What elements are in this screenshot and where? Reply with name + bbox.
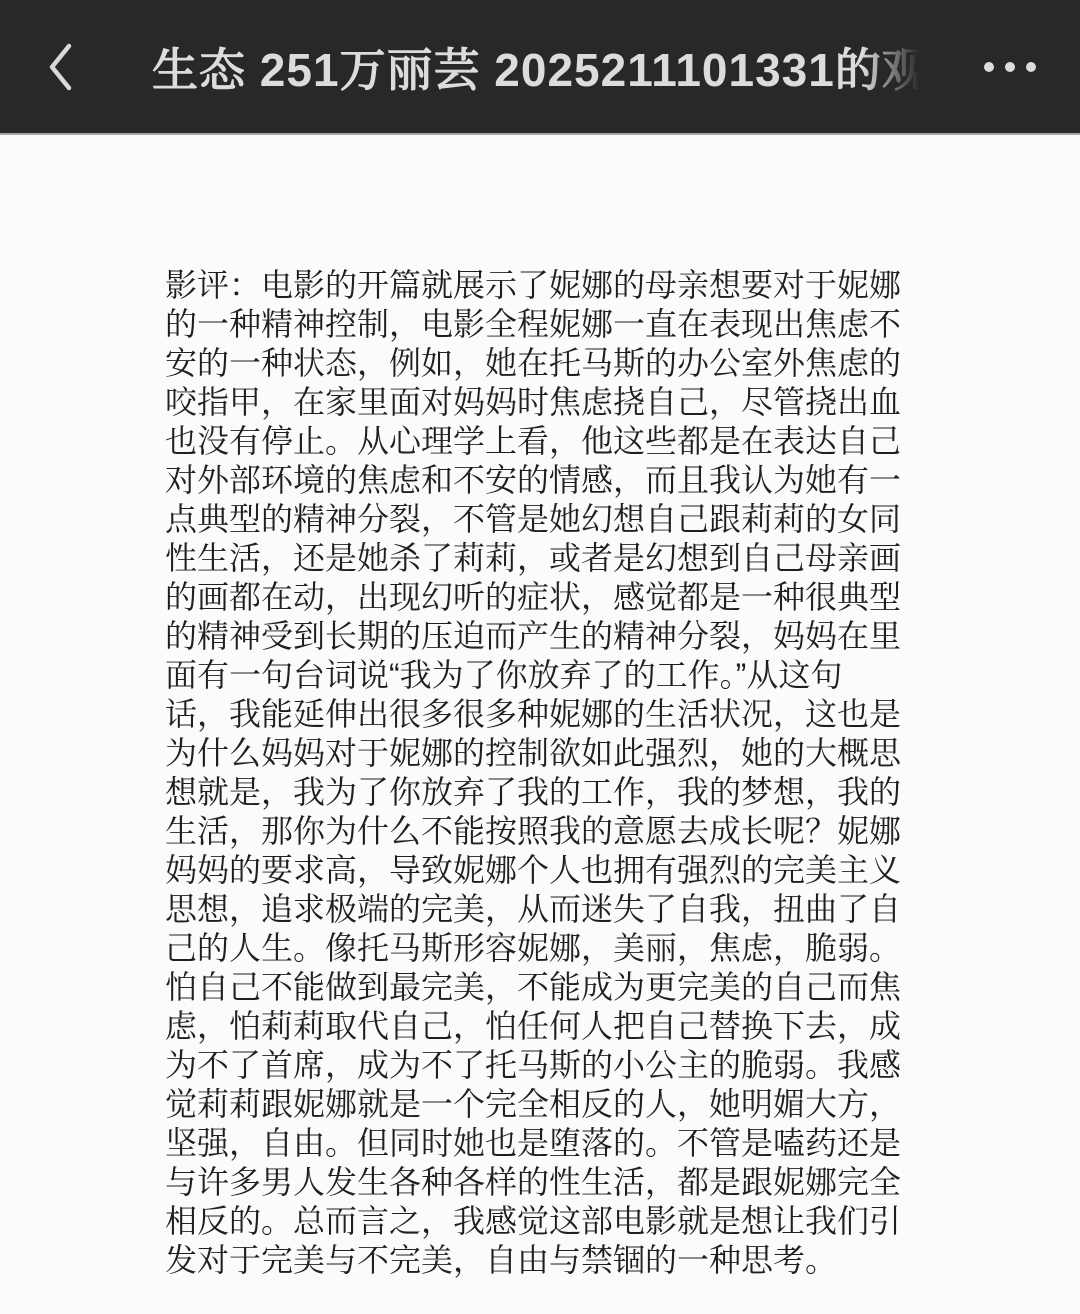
text-line: 发对于完美与不完美，自由与禁锢的一种思考。	[165, 1241, 940, 1280]
text-line: 与许多男人发生各种各样的性生活，都是跟妮娜完全	[165, 1163, 940, 1202]
text-line: 妈妈的要求高，导致妮娜个人也拥有强烈的完美主义	[165, 851, 940, 890]
text-line: 为什么妈妈对于妮娜的控制欲如此强烈，她的大概思	[165, 734, 940, 773]
text-line: 想就是，我为了你放弃了我的工作，我的梦想，我的	[165, 773, 940, 812]
more-options-button[interactable]	[984, 40, 1036, 94]
text-line: 觉莉莉跟妮娜就是一个完全相反的人，她明媚大方，	[165, 1085, 940, 1124]
text-line: 思想，追求极端的完美，从而迷失了自我，扭曲了自	[165, 890, 940, 929]
chevron-left-icon	[45, 41, 77, 93]
top-bar: 生态 251万丽芸 2025211101331的观后	[0, 0, 1080, 135]
text-line: 安的一种状态，例如，她在托马斯的办公室外焦虑的	[165, 344, 940, 383]
text-line: 坚强，自由。但同时她也是堕落的。不管是嗑药还是	[165, 1124, 940, 1163]
text-line: 对外部环境的焦虑和不安的情感，而且我认为她有一	[165, 461, 940, 500]
text-line: 咬指甲，在家里面对妈妈时焦虑挠自己，尽管挠出血	[165, 383, 940, 422]
text-line: 点典型的精神分裂，不管是她幻想自己跟莉莉的女同	[165, 500, 940, 539]
back-button[interactable]	[44, 40, 78, 94]
text-line: 的精神受到长期的压迫而产生的精神分裂，妈妈在里	[165, 617, 940, 656]
text-line: 己的人生。像托马斯形容妮娜，美丽，焦虑，脆弱。	[165, 929, 940, 968]
text-line: 生活，那你为什么不能按照我的意愿去成长呢？妮娜	[165, 812, 940, 851]
text-line: 也没有停止。从心理学上看，他这些都是在表达自己	[165, 422, 940, 461]
note-viewer-screen: 生态 251万丽芸 2025211101331的观后 影评：电影的开篇就展示了妮…	[0, 0, 1080, 1314]
review-text: 影评：电影的开篇就展示了妮娜的母亲想要对于妮娜的一种精神控制，电影全程妮娜一直在…	[165, 266, 940, 1280]
text-line: 话，我能延伸出很多很多种妮娜的生活状况，这也是	[165, 695, 940, 734]
page-title-text: 生态 251万丽芸 2025211101331的观后	[152, 34, 930, 100]
text-line: 影评：电影的开篇就展示了妮娜的母亲想要对于妮娜	[165, 266, 940, 305]
text-line: 怕自己不能做到最完美，不能成为更完美的自己而焦	[165, 968, 940, 1007]
text-line: 的一种精神控制，电影全程妮娜一直在表现出焦虑不	[165, 305, 940, 344]
text-line: 性生活，还是她杀了莉莉，或者是幻想到自己母亲画	[165, 539, 940, 578]
page-title: 生态 251万丽芸 2025211101331的观后	[152, 34, 930, 100]
text-line: 为不了首席，成为不了托马斯的小公主的脆弱。我感	[165, 1046, 940, 1085]
ellipsis-icon	[984, 62, 1036, 72]
text-line: 相反的。总而言之，我感觉这部电影就是想让我们引	[165, 1202, 940, 1241]
text-line: 的画都在动，出现幻听的症状，感觉都是一种很典型	[165, 578, 940, 617]
review-content: 影评：电影的开篇就展示了妮娜的母亲想要对于妮娜的一种精神控制，电影全程妮娜一直在…	[0, 135, 1080, 1314]
text-line: 面有一句台词说“我为了你放弃了的工作。”从这句	[165, 656, 940, 695]
text-line: 虑，怕莉莉取代自己，怕任何人把自己替换下去，成	[165, 1007, 940, 1046]
